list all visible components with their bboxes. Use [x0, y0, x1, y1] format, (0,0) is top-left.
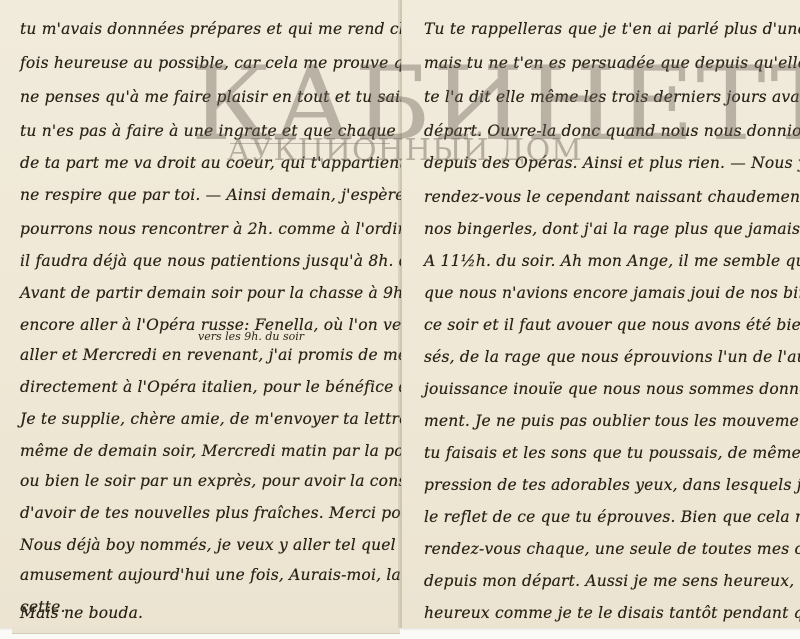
right-line-5: depuis des Opéras. Ainsi et plus rien. —… [424, 154, 800, 172]
right-line-9: que nous n'avions encore jamais joui de … [424, 284, 800, 302]
left-line-17: Nous déjà boy nommés, je veux y aller te… [20, 536, 396, 554]
left-line-18: amusement aujourd'hui une fois, Aurais-m… [20, 566, 455, 584]
right-line-16: le reflet de ce que tu éprouves. Bien qu… [424, 508, 800, 526]
right-line-12: jouissance inouïe que nous nous sommes d… [424, 380, 800, 398]
right-line-6: rendez-vous le cependant naissant chaude… [424, 188, 800, 206]
left-line-2: fois heureuse au possible, car cela me p… [20, 54, 445, 72]
right-line-17: rendez-vous chaque, une seule de toutes … [424, 540, 800, 558]
right-line-11: sés, de la rage que nous éprouvions l'un… [424, 348, 800, 366]
left-line-1: tu m'avais donnnées prépares et qui me r… [20, 20, 448, 38]
left-line-3: ne penses qu'à me faire plaisir en tout … [20, 88, 443, 106]
right-line-8: A 11½h. du soir. Ah mon Ange, il me semb… [424, 252, 800, 270]
page-fold-shadow [398, 0, 400, 628]
left-page: ​ tu m'avais donnnées prépares et qui me… [0, 0, 401, 628]
left-line-14: même de demain soir, Mercredi matin par … [20, 442, 433, 460]
left-line-13: Je te supplie, chère amie, de m'envoyer … [20, 410, 409, 428]
right-line-13: ment. Je ne puis pas oublier tous les mo… [424, 412, 800, 430]
right-line-18: depuis mon départ. Aussi je me sens heur… [424, 572, 800, 590]
right-page: Tu te rappelleras que je t'en ai parlé p… [401, 0, 800, 628]
right-line-3: te l'a dit elle même les trois derniers … [424, 88, 800, 106]
left-line-5: de ta part me va droit au coeur, qui t'a… [20, 154, 457, 172]
interlinear-note: vers les 9h. du soir [198, 330, 304, 343]
right-line-15: pression de tes adorables yeux, dans les… [424, 476, 800, 494]
right-line-10: ce soir et il faut avouer que nous avons… [424, 316, 800, 334]
right-line-14: tu faisais et les sons que tu poussais, … [424, 444, 800, 462]
signature: Mais ne bouda. [20, 604, 143, 622]
watermark-rule [230, 143, 390, 144]
left-line-15: ou bien le soir par un exprès, pour avoi… [20, 472, 462, 490]
right-line-1: Tu te rappelleras que je t'en ai parlé p… [424, 20, 800, 38]
right-line-19: heureux comme je te le disais tantôt pen… [424, 604, 800, 622]
left-line-16: d'avoir de tes nouvelles plus fraîches. … [20, 504, 462, 522]
letter-spread: ​ tu m'avais donnnées prépares et qui me… [0, 0, 800, 639]
right-line-2: mais tu ne t'en es persuadée que depuis … [424, 54, 800, 72]
right-line-7: nos bingerles, dont j'ai la rage plus qu… [424, 220, 800, 238]
right-line-4: départ. Ouvre-la donc quand nous nous do… [424, 122, 800, 140]
left-line-8: il faudra déjà que nous patientions jusq… [20, 252, 458, 270]
